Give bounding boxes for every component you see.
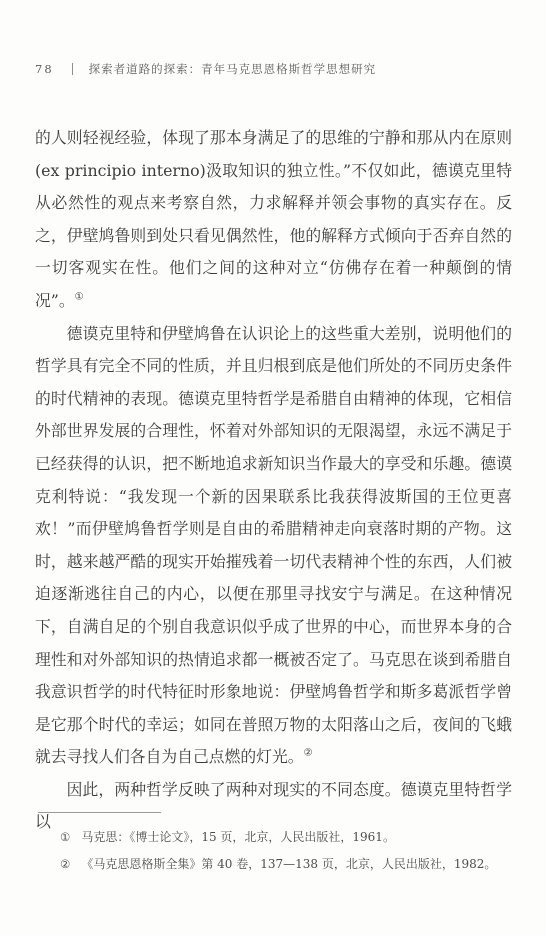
footnotes: ① 马克思：《博士论文》，15 页，北京，人民出版社，1961。 ② 《马克思恩… bbox=[35, 812, 512, 877]
paragraph-text: 的人则轻视经验，体现了那本身满足了的思维的宁静和那从内在原则(ex princi… bbox=[35, 128, 512, 310]
running-title: 探索者道路的探索：青年马克思恩格斯哲学思想研究 bbox=[89, 61, 377, 77]
paragraph: 的人则轻视经验，体现了那本身满足了的思维的宁静和那从内在原则(ex princi… bbox=[35, 122, 512, 318]
header-divider bbox=[72, 63, 73, 75]
footnote-text: 马克思：《博士论文》，15 页，北京，人民出版社，1961。 bbox=[81, 824, 395, 851]
footnote-item: ② 《马克思恩格斯全集》第 40 卷，137—138 页，北京，人民出版社，19… bbox=[35, 851, 512, 878]
footnote-ref: ② bbox=[304, 748, 313, 759]
paragraph-text: 德谟克里特和伊壁鸠鲁在认识论上的这些重大差别，说明他们的哲学具有完全不同的性质，… bbox=[35, 324, 512, 767]
footnote-separator bbox=[38, 812, 161, 813]
page-number: 78 bbox=[35, 62, 54, 76]
footnote-item: ① 马克思：《博士论文》，15 页，北京，人民出版社，1961。 bbox=[35, 824, 512, 851]
body-text: 的人则轻视经验，体现了那本身满足了的思维的宁静和那从内在原则(ex princi… bbox=[35, 122, 512, 839]
footnote-marker: ① bbox=[60, 824, 70, 851]
paragraph: 德谟克里特和伊壁鸠鲁在认识论上的这些重大差别，说明他们的哲学具有完全不同的性质，… bbox=[35, 318, 512, 774]
footnote-marker: ② bbox=[60, 851, 70, 878]
footnote-text: 《马克思恩格斯全集》第 40 卷，137—138 页，北京，人民出版社，1982… bbox=[81, 851, 496, 878]
footnote-ref: ① bbox=[75, 292, 84, 303]
running-header: 78 探索者道路的探索：青年马克思恩格斯哲学思想研究 bbox=[35, 61, 512, 77]
book-page: 78 探索者道路的探索：青年马克思恩格斯哲学思想研究 的人则轻视经验，体现了那本… bbox=[0, 0, 546, 936]
